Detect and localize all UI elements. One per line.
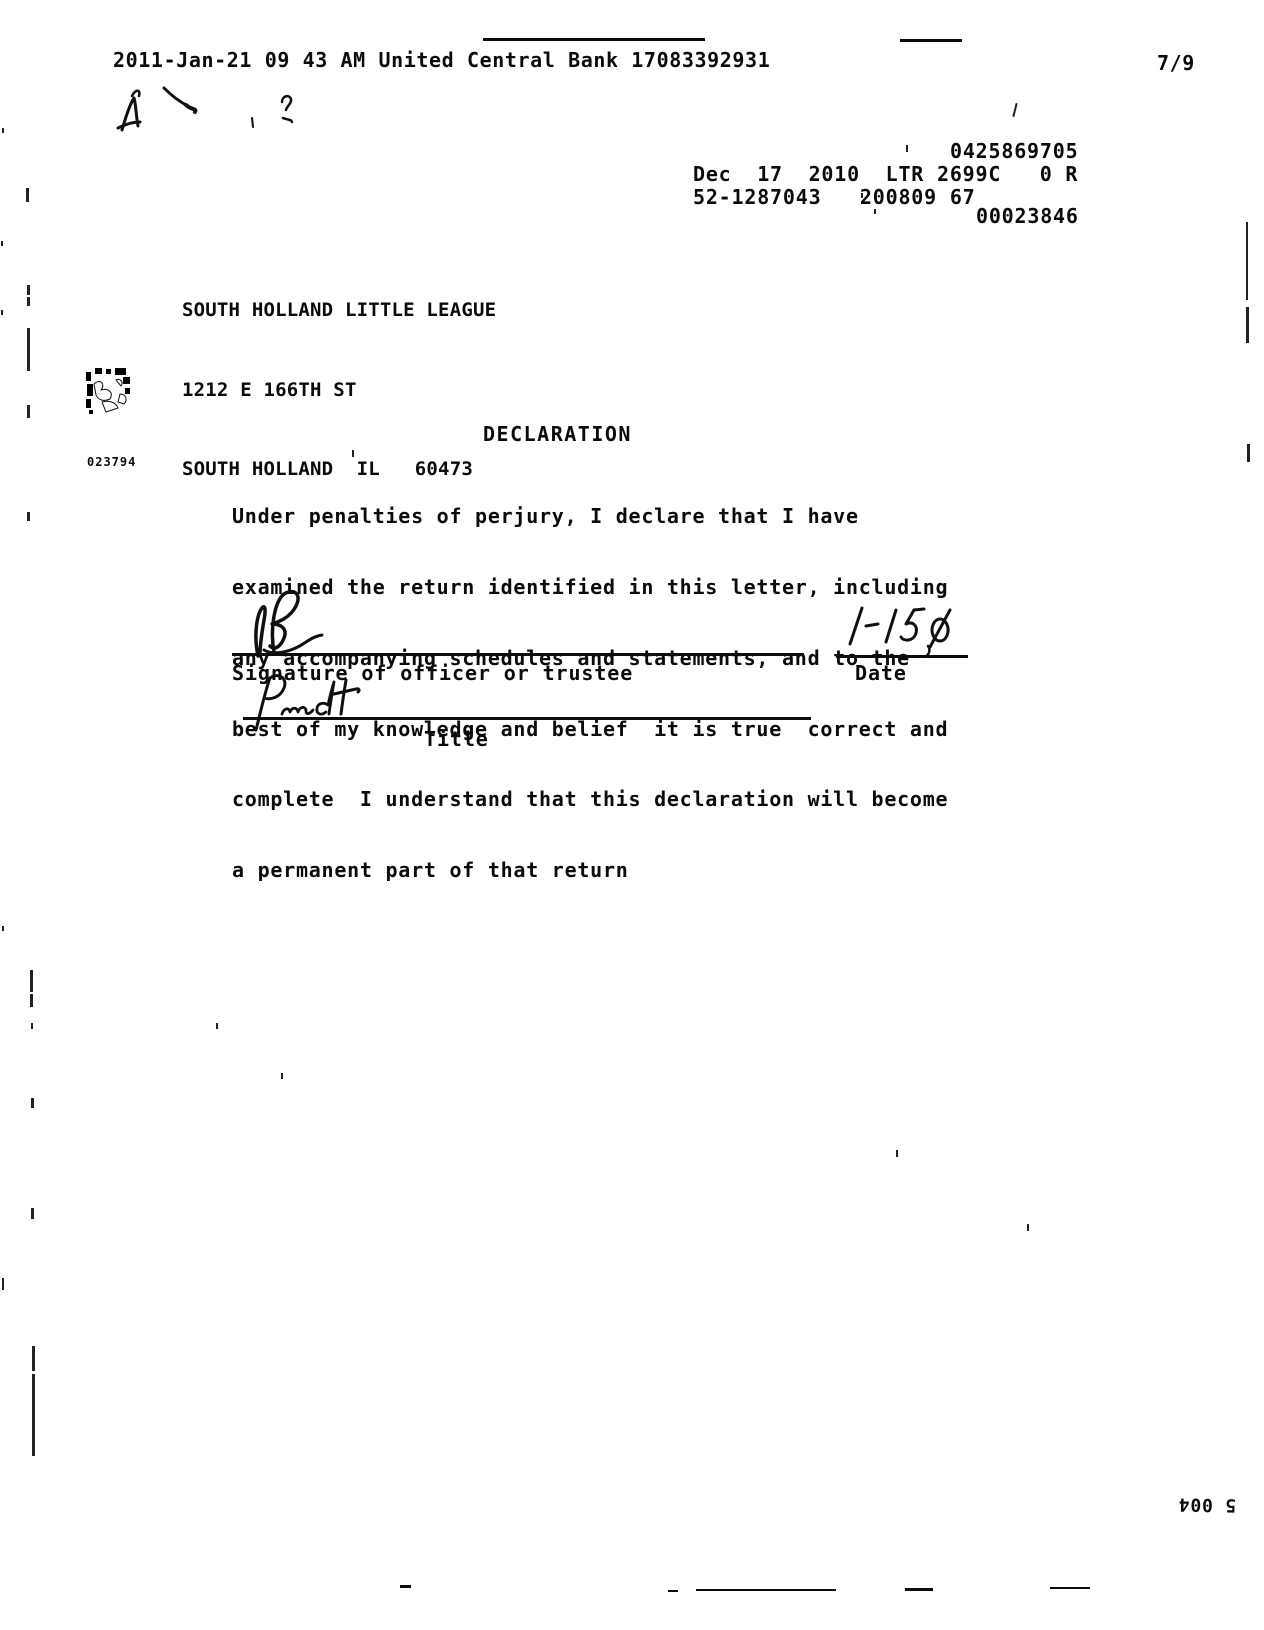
bottom-dash <box>1050 1587 1090 1589</box>
scan-artifact <box>861 193 863 198</box>
handwritten-scribble-marks <box>112 78 308 140</box>
header-rule-left <box>483 38 705 41</box>
bottom-dash <box>696 1589 836 1591</box>
scan-artifact <box>352 450 354 457</box>
scan-artifact <box>906 145 908 152</box>
scan-artifact <box>1 241 3 246</box>
title-line[interactable] <box>243 717 811 720</box>
scan-artifact <box>2 128 4 133</box>
scan-artifact <box>31 1023 33 1029</box>
irs-date-ltr-line: Dec 17 2010 LTR 2699C 0 R <box>693 162 1078 186</box>
scan-artifact <box>26 188 29 202</box>
side-code: 023794 <box>87 455 136 469</box>
scan-artifact <box>1246 222 1248 300</box>
scan-artifact <box>27 297 30 306</box>
bottom-dash <box>905 1588 933 1591</box>
date-line[interactable] <box>836 655 968 658</box>
scan-artifact <box>31 1098 34 1108</box>
scan-artifact <box>1247 444 1250 462</box>
fax-document-page: 2011-Jan-21 09 43 AM United Central Bank… <box>0 0 1264 1630</box>
scan-artifact <box>874 209 876 214</box>
scan-artifact <box>32 1346 35 1371</box>
scan-artifact <box>2 926 4 931</box>
scan-artifact <box>1027 1224 1029 1231</box>
scan-artifact <box>27 285 30 295</box>
fax-transmission-header: 2011-Jan-21 09 43 AM United Central Bank… <box>113 48 770 72</box>
header-rule-right <box>900 39 962 42</box>
scan-artifact <box>216 1023 218 1029</box>
scan-artifact <box>1 310 3 315</box>
declaration-line: complete I understand that this declarat… <box>232 788 948 812</box>
barcode-glyph <box>86 368 130 414</box>
declaration-line: Under penalties of perjury, I declare th… <box>232 505 948 529</box>
declaration-title: DECLARATION <box>483 422 632 446</box>
scan-artifact <box>30 994 33 1007</box>
recipient-street: 1212 E 166TH ST <box>182 377 496 404</box>
bottom-dash <box>668 1590 678 1592</box>
fax-page-indicator: 7/9 <box>1157 51 1195 75</box>
scan-artifact <box>30 970 33 992</box>
date-label: Date <box>855 661 907 685</box>
scan-artifact <box>27 512 30 521</box>
title-label: Title <box>424 727 489 751</box>
recipient-name: SOUTH HOLLAND LITTLE LEAGUE <box>182 297 496 324</box>
scan-artifact <box>281 1073 283 1079</box>
rotated-footer-code: 5 004 <box>1178 1493 1237 1515</box>
scan-artifact <box>2 1278 4 1290</box>
irs-ein-period-line: 52-1287043 200809 67 <box>693 185 976 209</box>
handwritten-date <box>836 600 971 660</box>
irs-control-number: 00023846 <box>976 204 1079 228</box>
handwritten-title <box>246 674 378 732</box>
signature-line[interactable] <box>232 653 804 656</box>
bottom-dash <box>400 1585 411 1588</box>
irs-dln-number: 0425869705 <box>950 139 1078 163</box>
scan-artifact <box>27 405 30 418</box>
scan-artifact-slash <box>1012 103 1017 117</box>
declaration-line: a permanent part of that return <box>232 859 948 883</box>
scan-artifact <box>32 1374 35 1456</box>
scan-artifact <box>1246 307 1249 343</box>
scan-artifact <box>896 1150 898 1157</box>
scan-artifact <box>27 328 30 371</box>
scan-artifact <box>31 1208 34 1219</box>
